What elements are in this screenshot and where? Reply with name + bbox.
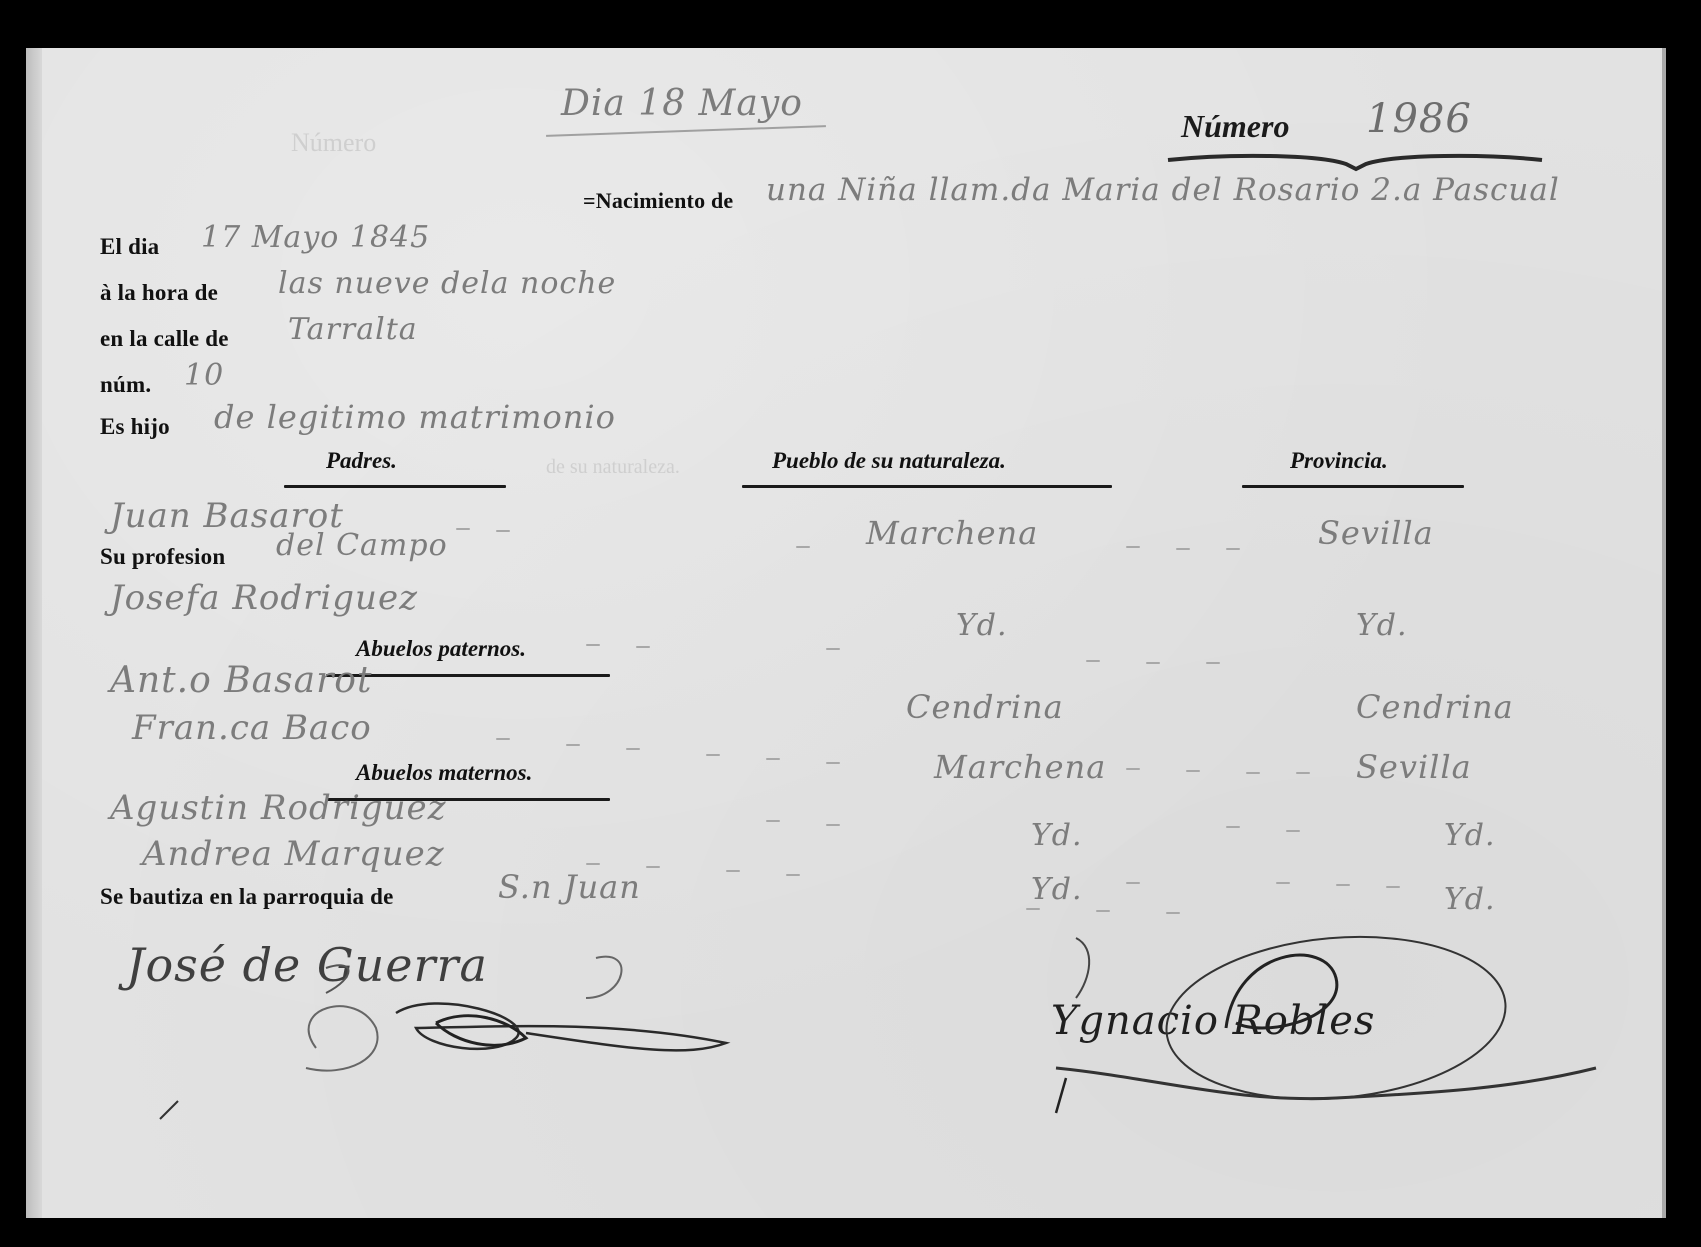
signature-right-flourish	[1036, 928, 1616, 1128]
field-value-hijo: de legitimo matrimonio	[214, 398, 616, 436]
ghost-col-naturaleza: de su naturaleza.	[546, 456, 680, 479]
field-value-calle: Tarralta	[288, 312, 418, 347]
field-value-hora: las nueve dela noche	[278, 266, 616, 301]
col-rule-provincia	[1242, 485, 1464, 488]
profesion-value: del Campo	[276, 528, 448, 563]
date-note: Dia 18 Mayo	[561, 83, 803, 124]
bautizo-parroquia: S.n Juan	[498, 868, 641, 906]
field-label-calle: en la calle de	[100, 326, 229, 352]
col-header-provincia: Provincia.	[1290, 448, 1388, 474]
abuela-paterna-name: Fran.ca Baco	[132, 708, 372, 748]
abuelo-materno-name: Agustin Rodriguez	[110, 788, 447, 828]
bautizo-provincia: Yd.	[1444, 882, 1496, 917]
madre-name: Josefa Rodriguez	[110, 578, 418, 618]
numero-value: 1986	[1366, 96, 1472, 142]
nacimiento-label: =Nacimiento de	[583, 188, 733, 214]
abuelos-maternos-label: Abuelos maternos.	[356, 760, 532, 786]
col-rule-pueblo	[742, 485, 1112, 488]
field-label-hora: à la hora de	[100, 280, 218, 306]
numero-label: Número	[1181, 108, 1289, 145]
field-label-hijo: Es hijo	[100, 414, 170, 440]
signature-left-flourish	[206, 948, 736, 1088]
field-value-dia: 17 Mayo 1845	[201, 220, 430, 255]
ghost-numero: Número	[291, 128, 376, 158]
nacimiento-value: una Niña llam.da Maria del Rosario 2.a P…	[766, 172, 1560, 208]
col-header-pueblo: Pueblo de su naturaleza.	[772, 448, 1006, 474]
abuelo-paterno-1-pueblo: Cendrina	[906, 688, 1064, 726]
abuelo-paterno-1-provincia: Cendrina	[1356, 688, 1514, 726]
abuela-materna-pueblo: Yd.	[1031, 818, 1083, 853]
madre-provincia: Yd.	[1356, 608, 1408, 643]
col-rule-padres	[284, 485, 506, 488]
field-label-num: núm.	[100, 372, 151, 398]
abuelo-paterno-1-name: Ant.o Basarot	[110, 660, 372, 701]
abuelo-materno-pueblo: Marchena	[934, 748, 1106, 786]
padre-pueblo: Marchena	[866, 514, 1038, 552]
abuelos-paternos-label: Abuelos paternos.	[356, 636, 526, 662]
abuelo-materno-provincia: Sevilla	[1356, 748, 1472, 786]
date-note-underline	[546, 125, 826, 137]
paper-left-edge	[26, 48, 42, 1218]
abuela-materna-name: Andrea Marquez	[142, 834, 445, 874]
bautizo-label: Se bautiza en la parroquia de	[100, 884, 394, 910]
document-page: Número de su naturaleza. Dia 18 Mayo Núm…	[26, 48, 1666, 1218]
paper-right-edge	[1662, 48, 1666, 1218]
madre-pueblo: Yd.	[956, 608, 1008, 643]
stray-mark	[156, 1093, 186, 1123]
bautizo-pueblo: Yd.	[1031, 872, 1083, 907]
numero-brace-ornament	[1166, 150, 1546, 172]
abuela-materna-provincia: Yd.	[1444, 818, 1496, 853]
profesion-label: Su profesion	[100, 544, 225, 570]
col-header-padres: Padres.	[326, 448, 397, 474]
field-value-num: 10	[184, 358, 224, 393]
field-label-dia: El dia	[100, 234, 159, 260]
padre-provincia: Sevilla	[1318, 514, 1434, 552]
